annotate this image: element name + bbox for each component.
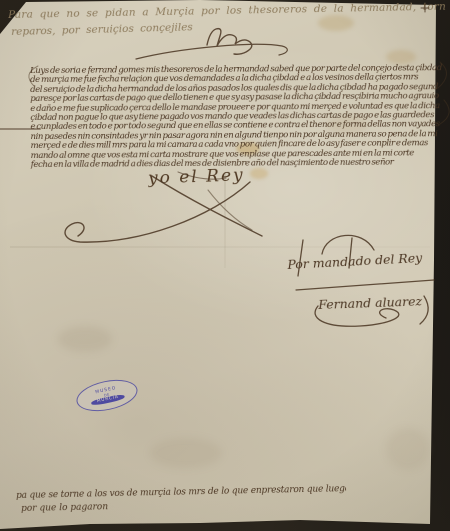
paper-crease bbox=[10, 246, 430, 248]
archive-note-bottom-line2: por que lo pagaron bbox=[21, 502, 108, 514]
royal-signature: yo el Rey bbox=[148, 165, 245, 188]
paper-crease bbox=[224, 172, 226, 268]
letter-body: Luys de soria e ferrand gomes mis thesor… bbox=[30, 63, 445, 169]
manuscript-scan: Para que no se pidan a Murçia por los th… bbox=[0, 0, 450, 531]
